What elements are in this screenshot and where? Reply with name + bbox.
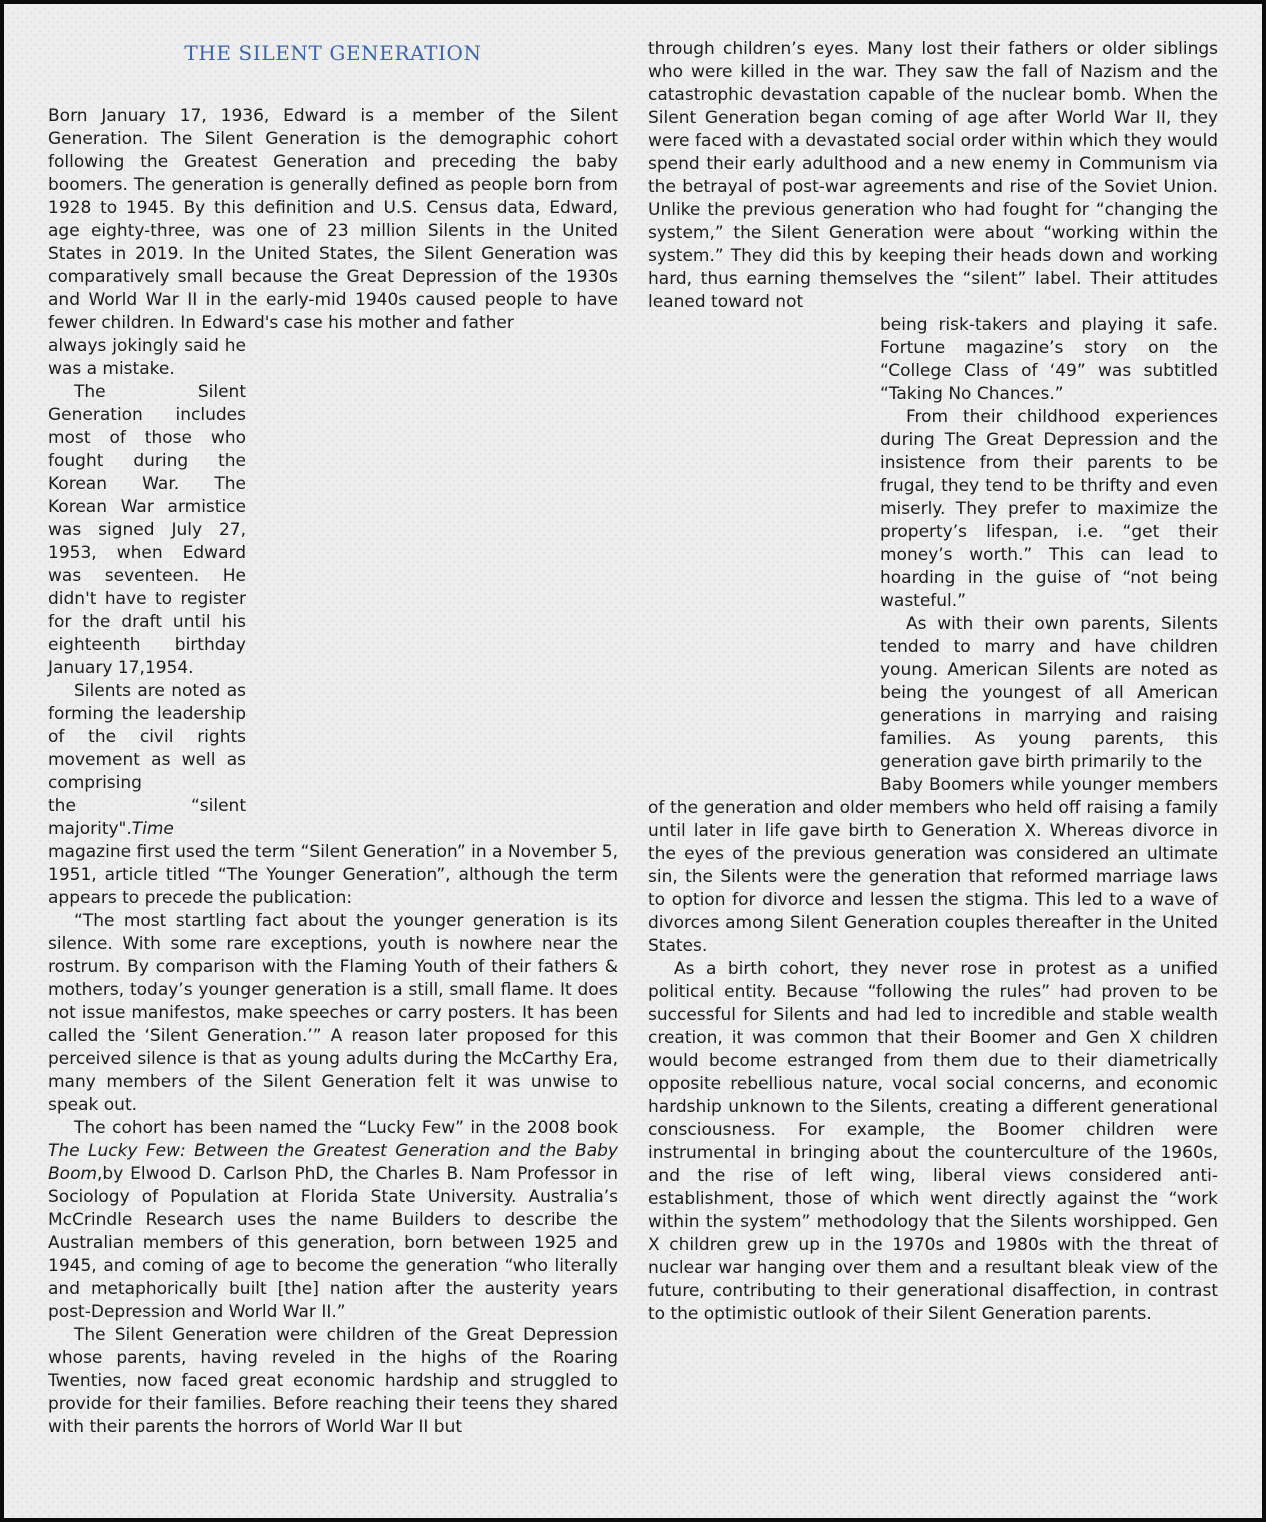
protest-paragraph: As a birth cohort, they never rose in pr…	[648, 958, 1218, 1326]
intro-paragraph-wide: Born January 17, 1936, Edward is a membe…	[48, 105, 618, 335]
baby-boomers-paragraph-wide: Baby Boomers while younger members of th…	[648, 774, 1218, 958]
postwar-paragraph-wide: through children’s eyes. Many lost their…	[648, 38, 1218, 314]
image-placeholder	[648, 314, 880, 786]
image-placeholder	[246, 335, 618, 835]
document-page: THE SILENT GENERATION Born January 17, 1…	[0, 0, 1266, 1522]
two-column-layout: THE SILENT GENERATION Born January 17, 1…	[48, 38, 1218, 1439]
left-column: THE SILENT GENERATION Born January 17, 1…	[48, 38, 618, 1439]
page-title: THE SILENT GENERATION	[48, 42, 618, 65]
younger-generation-quote-paragraph: “The most startling fact about the young…	[48, 910, 618, 1117]
great-depression-children-paragraph: The Silent Generation were children of t…	[48, 1324, 618, 1439]
lucky-few-paragraph: The cohort has been named the “Lucky Few…	[48, 1117, 618, 1324]
right-column: through children’s eyes. Many lost their…	[648, 38, 1218, 1439]
